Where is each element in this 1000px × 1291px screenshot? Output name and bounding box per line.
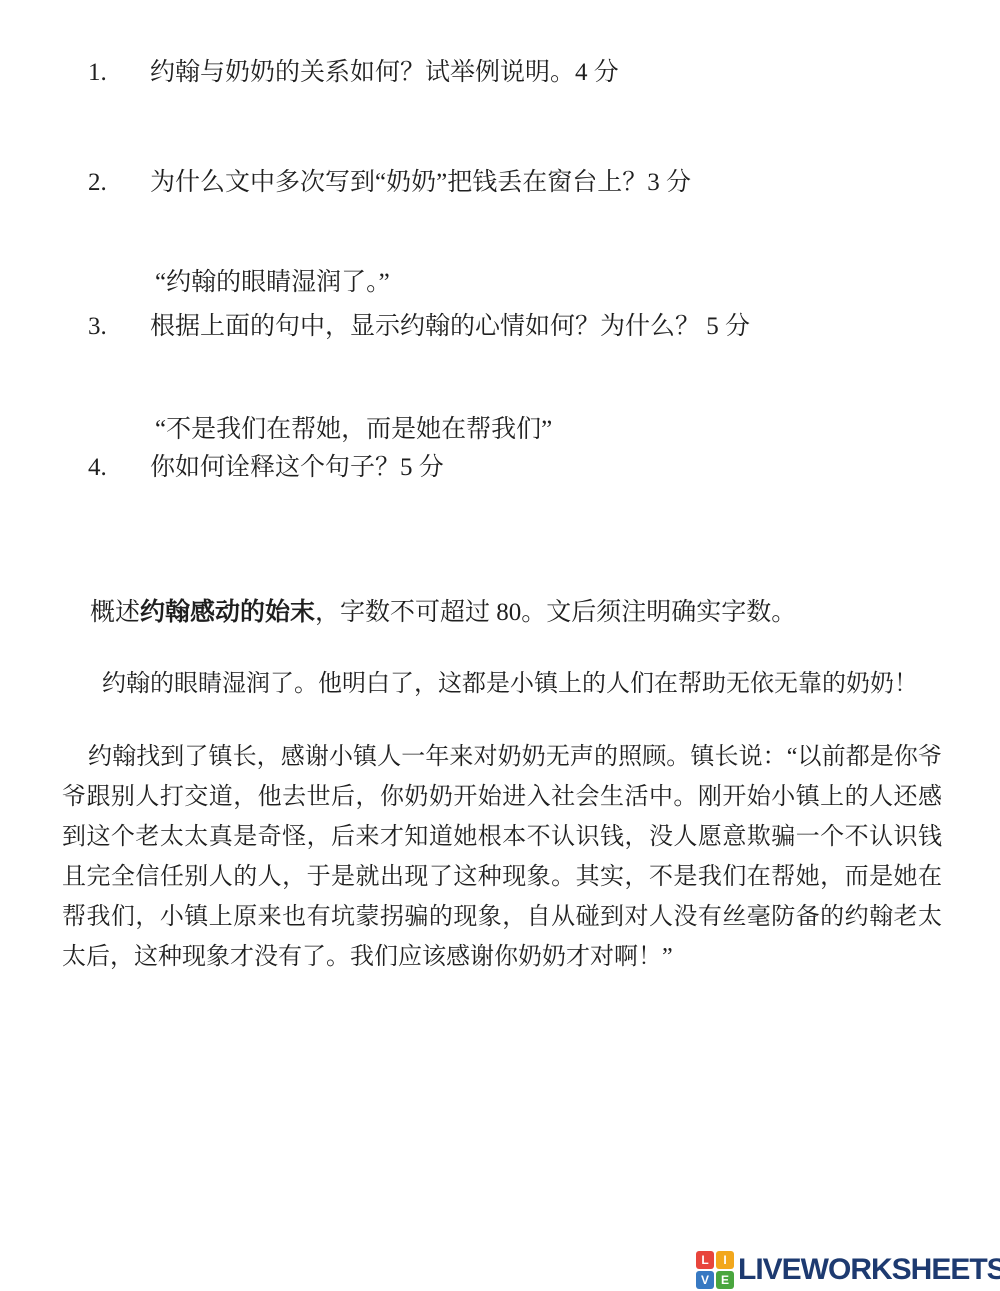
liveworksheets-logo-icon: L I V E: [696, 1251, 734, 1289]
summary-task-topic: 约翰感动的始末: [140, 599, 315, 626]
summary-task-instruction: 概述约翰感动的始末，字数不可超过 80。文后须注明确实字数。: [90, 593, 796, 633]
question-4-quote: “不是我们在帮她，而是她在帮我们”: [155, 410, 552, 450]
liveworksheets-logo: L I V E LIVEWORKSHEETS: [696, 1251, 1000, 1289]
question-1-text: 约翰与奶奶的关系如何？试举例说明。4 分: [150, 59, 619, 86]
liveworksheets-logo-text: LIVEWORKSHEETS: [738, 1253, 1000, 1287]
logo-tile-e: E: [716, 1271, 734, 1289]
question-4: 4.你如何诠释这个句子？5 分: [88, 448, 444, 488]
question-1-number: 1.: [88, 53, 150, 93]
question-1: 1.约翰与奶奶的关系如何？试举例说明。4 分: [88, 53, 619, 93]
passage-paragraph-2: 约翰找到了镇长，感谢小镇人一年来对奶奶无声的照顾。镇长说：“以前都是你爷爷跟别人…: [62, 737, 942, 977]
question-3-quote: “约翰的眼睛湿润了。”: [155, 263, 390, 303]
question-3-number: 3.: [88, 307, 150, 347]
logo-tile-i: I: [716, 1251, 734, 1269]
logo-tile-v: V: [696, 1271, 714, 1289]
question-3: 3.根据上面的句中，显示约翰的心情如何？为什么？ 5 分: [88, 307, 750, 347]
question-2-number: 2.: [88, 163, 150, 203]
question-3-text: 根据上面的句中，显示约翰的心情如何？为什么？ 5 分: [150, 313, 750, 340]
logo-tile-l: L: [696, 1251, 714, 1269]
question-2-text: 为什么文中多次写到“奶奶”把钱丢在窗台上？3 分: [150, 169, 691, 196]
question-4-text: 你如何诠释这个句子？5 分: [150, 454, 444, 481]
question-4-number: 4.: [88, 448, 150, 488]
passage-paragraph-1: 约翰的眼睛湿润了。他明白了，这都是小镇上的人们在帮助无依无靠的奶奶！: [62, 664, 942, 704]
question-2: 2.为什么文中多次写到“奶奶”把钱丢在窗台上？3 分: [88, 163, 691, 203]
summary-task-prefix: 概述: [90, 599, 140, 626]
summary-task-suffix: ，字数不可超过 80。文后须注明确实字数。: [315, 599, 796, 626]
worksheet-page: 1.约翰与奶奶的关系如何？试举例说明。4 分 2.为什么文中多次写到“奶奶”把钱…: [0, 0, 1000, 1291]
